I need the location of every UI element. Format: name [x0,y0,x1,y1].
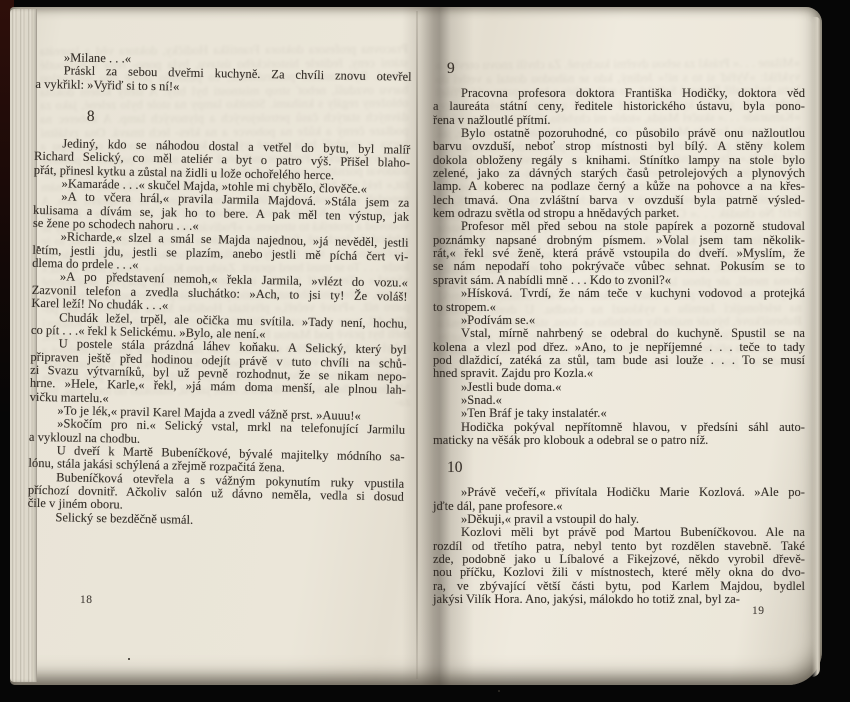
text-line: barvu ovzduší, neboť strop místnosti byl… [433,140,805,153]
text-line: »Děkuji,« pravil a vstoupil do haly. [433,513,805,526]
text-line: rát,« řekl své ženě, která právě vstoupi… [433,247,805,260]
paragraph: »Děkuji,« pravil a vstoupil do haly. [433,513,805,526]
paragraph: Kozlovi měli byt právě pod Martou Bubení… [433,526,805,606]
text-line: dokola obloženy regály s knihami. Stínít… [433,154,805,167]
text-line: spravit sám. A nabídli mně . . . Kdo to … [433,274,805,287]
text-line: »Snad.« [433,394,805,407]
paragraph: »Právě večeří,« přivítala Hodičku Marie … [433,486,805,513]
text-line: kem odrazu světla od stropu a hnědavých … [433,207,805,220]
text-line: nou příčku, Kozlovi žili v místnostech, … [433,566,805,579]
text-line: pod dlaždicí, zatéká za stůl, tam bude a… [433,354,805,367]
chapter-number: 10 [433,459,805,477]
page-number-left: 18 [80,594,93,606]
text-line: a laureáta státní ceny, ředitele histori… [433,100,805,113]
text-line: »Podívám se.« [433,314,805,327]
right-page-outer-edge [812,17,820,677]
text-line: to stropem.« [433,301,805,314]
text-line: zelené, jako za dávných starých časů pet… [433,167,805,180]
right-page-text: 9Pracovna profesora doktora Františka Ho… [433,48,805,606]
paragraph: U postele stála prázdná láhev koňaku. A … [30,337,407,411]
text-line: ra, ve zbývající větší části bytu, pod K… [433,580,805,593]
paragraph: »Hísková. Tvrdí, že nám teče v kuchyni v… [433,287,805,314]
text-line: Vstal, mírně nahrbený se odebral do kuch… [433,327,805,340]
text-line: řena v nažloutlé přítmí. [433,114,805,127]
paragraph: »Ten Bráf je taky instalatér.« [433,407,805,420]
left-page-text: »Milane . . .«Práskl za sebou dveřmi kuc… [27,51,412,531]
paragraph: »Jestli bude doma.« [433,381,805,394]
text-line: poznámky napsané drobným písmem. »Volal … [433,234,805,247]
text-line: »Hísková. Tvrdí, že nám teče v kuchyni v… [433,287,805,300]
paragraph: Pracovna profesora doktora Františka Hod… [433,87,805,127]
text-line: rozdíl od třetího patra, nebyl tento byt… [433,540,805,553]
text-line: Kozlovi měli byt právě pod Martou Bubení… [433,526,805,539]
text-line: kolena a vlezl pod dřez. »Ano, to je nep… [433,341,805,354]
text-line: maticky na věšák pro klobouk a odebral s… [433,434,805,447]
paragraph: »Snad.« [433,394,805,407]
text-line: Hodička pokýval nepřítomně hlavou, v pře… [433,421,805,434]
paragraph: Bylo ostatně pozoruhodné, co působilo pr… [433,127,805,220]
text-line: hned spravit. Zajdu pro Kozla.« [433,367,805,380]
paragraph: Profesor měl před sebou na stole papírek… [433,220,805,287]
chapter-number: 8 [35,107,411,132]
text-line: »Právě večeří,« přivítala Hodičku Marie … [433,486,805,499]
text-line: jakýsi Vilík Hora. Ano, jakýsi, málokdo … [433,593,805,606]
text-line: lamp. A koberec na podlaze černý a kůže … [433,180,805,193]
text-line: »Ten Bráf je taky instalatér.« [433,407,805,420]
page-number-right: 19 [752,605,765,617]
text-line: jďte dál, pane profesore.« [433,500,805,513]
paragraph: »Podívám se.« [433,314,805,327]
text-line: Pracovna profesora doktora Františka Hod… [433,87,805,100]
text-line: Profesor měl před sebou na stole papírek… [433,220,805,233]
spine-crease [416,11,418,679]
dust-speck [498,690,500,692]
text-line: »Jestli bude doma.« [433,381,805,394]
chapter-number: 9 [433,60,805,78]
paragraph: Hodička pokýval nepřítomně hlavou, v pře… [433,421,805,448]
text-line: se nám nepodaří toho pokrývače vůbec seh… [433,260,805,273]
text-line: Bylo ostatně pozoruhodné, co působilo pr… [433,127,805,140]
paragraph: Vstal, mírně nahrbený se odebral do kuch… [433,327,805,380]
paragraph: Práskl za sebou dveřmi kuchyně. Za chvíl… [35,64,411,98]
text-line: lech tmavá. Ona zvláštní barva v ovzduší… [433,194,805,207]
text-line: zde, podobně jako u Líbalové a Fikejzové… [433,553,805,566]
